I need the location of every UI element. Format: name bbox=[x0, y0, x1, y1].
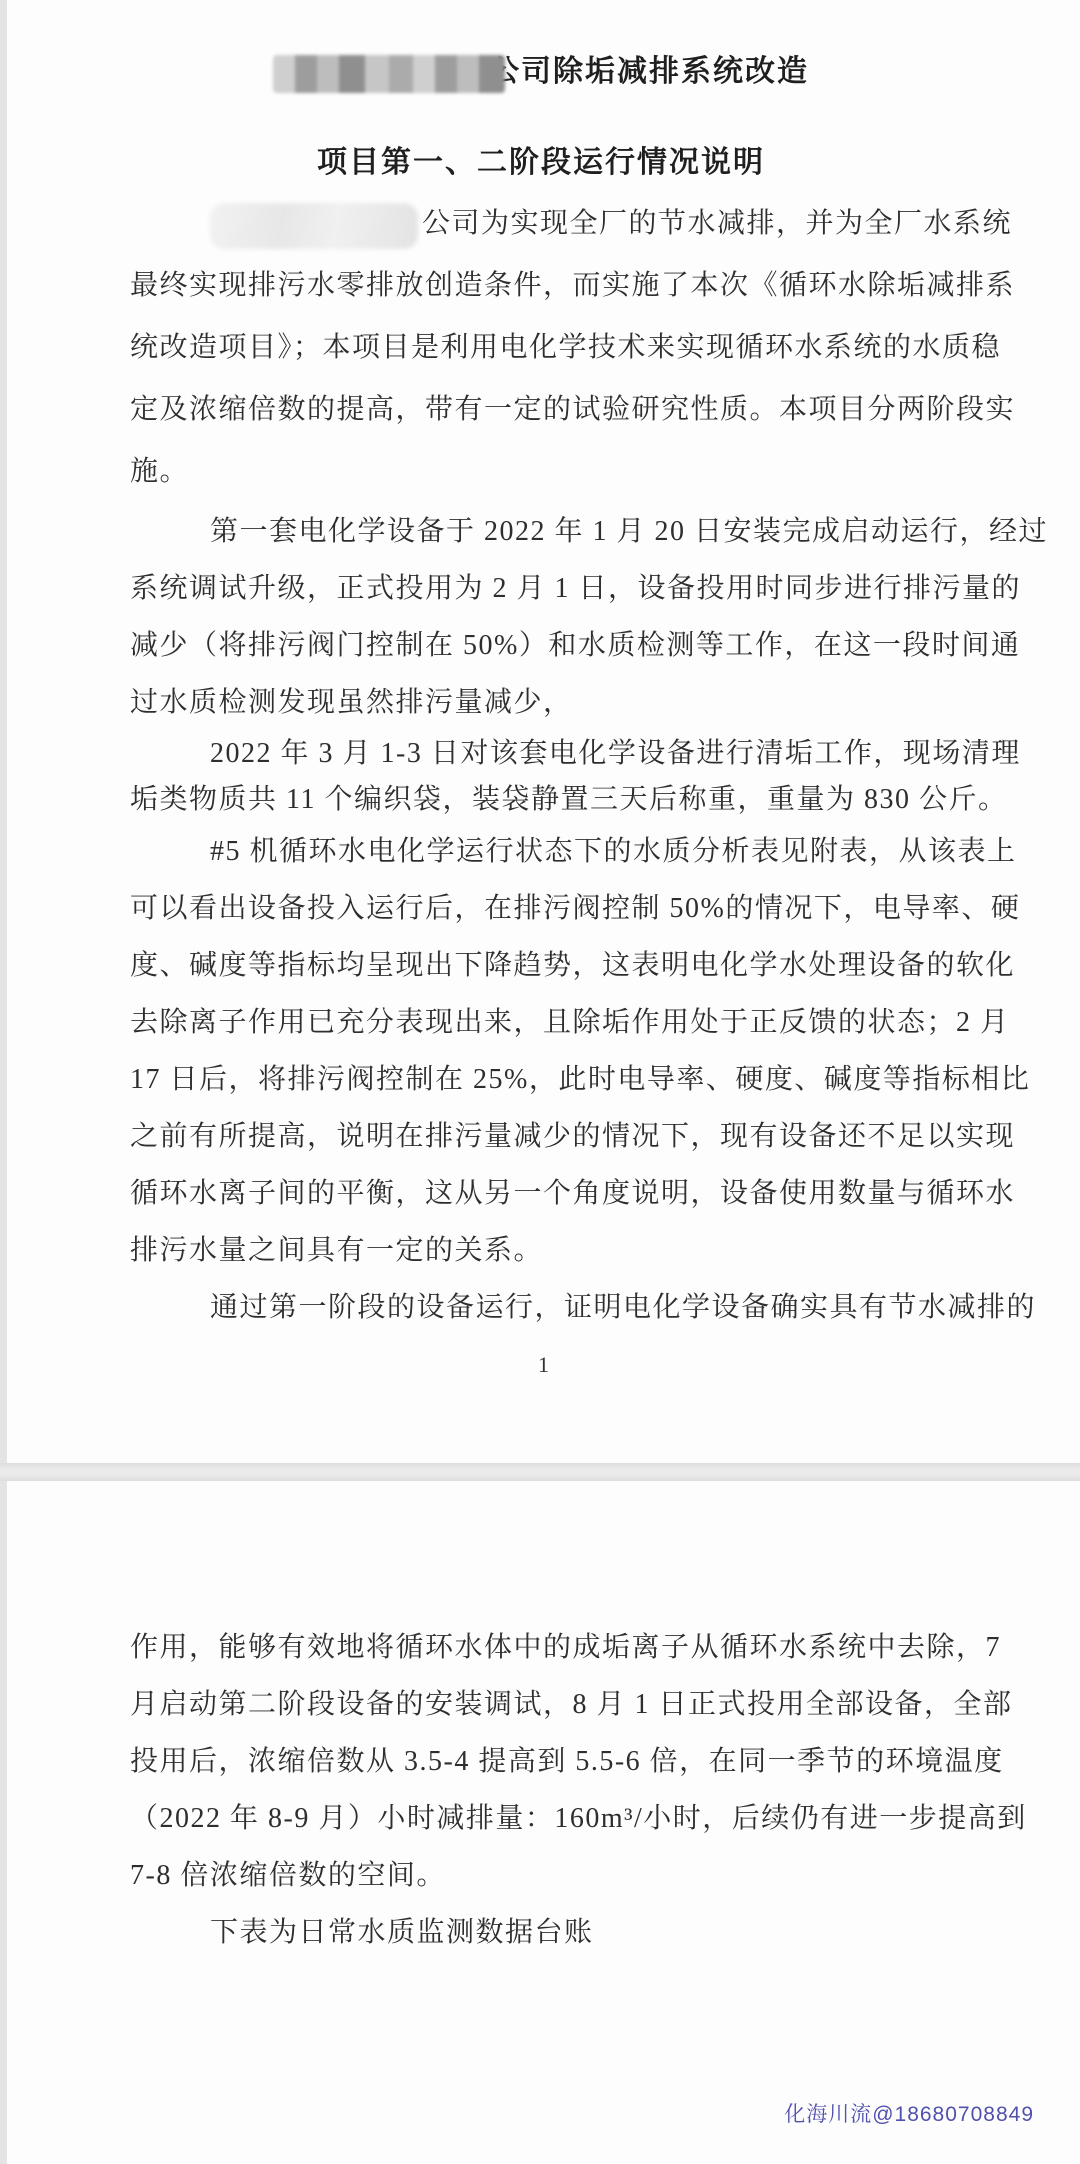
page-gap-divider bbox=[0, 1463, 1080, 1481]
text-line: 去除离子作用已充分表现出来，且除垢作用处于正反馈的状态；2 月 bbox=[130, 994, 952, 1051]
document-page-1: 公司除垢减排系统改造 项目第一、二阶段运行情况说明 公司为实现全厂的节水减排，并… bbox=[7, 0, 1080, 1463]
text-line: 系统调试升级，正式投用为 2 月 1 日，设备投用时同步进行排污量的 bbox=[130, 560, 952, 617]
text-line: 月启动第二阶段设备的安装调试，8 月 1 日正式投用全部设备，全部 bbox=[130, 1676, 952, 1733]
page-number: 1 bbox=[7, 1352, 1080, 1378]
text-line: 减少（将排污阀门控制在 50%）和水质检测等工作，在这一段时间通 bbox=[130, 617, 952, 674]
document-page-2: 作用，能够有效地将循环水体中的成垢离子从循环水系统中去除，7月启动第二阶段设备的… bbox=[7, 1481, 1080, 2164]
redacted-company-name-blur bbox=[210, 203, 418, 249]
page-2-body: 作用，能够有效地将循环水体中的成垢离子从循环水系统中去除，7月启动第二阶段设备的… bbox=[130, 1619, 952, 1961]
text-line: 7-8 倍浓缩倍数的空间。 bbox=[130, 1847, 952, 1904]
scanned-document-view: { "colors": { "paper": "#fdfdfd", "backg… bbox=[0, 0, 1080, 2164]
text-line: 过水质检测发现虽然排污量减少， bbox=[130, 674, 952, 731]
text-line: 定及浓缩倍数的提高，带有一定的试验研究性质。本项目分两阶段实 bbox=[130, 379, 952, 441]
document-title-line-2: 项目第一、二阶段运行情况说明 bbox=[130, 141, 952, 185]
text-line: 垢类物质共 11 个编织袋，装袋静置三天后称重，重量为 830 公斤。 bbox=[130, 777, 952, 823]
text-line: 循环水离子间的平衡，这从另一个角度说明，设备使用数量与循环水 bbox=[130, 1165, 952, 1222]
text-line: 第一套电化学设备于 2022 年 1 月 20 日安装完成启动运行，经过 bbox=[130, 503, 952, 560]
watermark-text: 化海川流@18680708849 bbox=[784, 2098, 1034, 2128]
text-line: 统改造项目》；本项目是利用电化学技术来实现循环水系统的水质稳 bbox=[130, 317, 952, 379]
text-line: 公司为实现全厂的节水减排，并为全厂水系统 bbox=[130, 193, 952, 255]
title-visible-text: 公司除垢减排系统改造 bbox=[489, 55, 809, 88]
text-line: 2022 年 3 月 1-3 日对该套电化学设备进行清垢工作，现场清理 bbox=[130, 731, 952, 777]
text-line: 下表为日常水质监测数据台账 bbox=[130, 1904, 952, 1961]
text-line: 施。 bbox=[130, 441, 952, 503]
redacted-company-name-blur bbox=[273, 55, 505, 93]
text-line: 通过第一阶段的设备运行，证明电化学设备确实具有节水减排的 bbox=[130, 1279, 952, 1336]
text-line: 之前有所提高，说明在排污量减少的情况下，现有设备还不足以实现 bbox=[130, 1108, 952, 1165]
text-line: （2022 年 8-9 月）小时减排量：160m³/小时，后续仍有进一步提高到 bbox=[130, 1790, 952, 1847]
text-line: 度、碱度等指标均呈现出下降趋势，这表明电化学水处理设备的软化 bbox=[130, 937, 952, 994]
text-line: 投用后，浓缩倍数从 3.5-4 提高到 5.5-6 倍，在同一季节的环境温度 bbox=[130, 1733, 952, 1790]
text-line: 17 日后，将排污阀控制在 25%，此时电导率、硬度、碱度等指标相比 bbox=[130, 1051, 952, 1108]
text-line: #5 机循环水电化学运行状态下的水质分析表见附表，从该表上 bbox=[130, 823, 952, 880]
text-line: 可以看出设备投入运行后，在排污阀控制 50%的情况下，电导率、硬 bbox=[130, 880, 952, 937]
page-1-body: 公司为实现全厂的节水减排，并为全厂水系统最终实现排污水零排放创造条件，而实施了本… bbox=[130, 193, 952, 1336]
text-line: 排污水量之间具有一定的关系。 bbox=[130, 1222, 952, 1279]
text-line: 作用，能够有效地将循环水体中的成垢离子从循环水系统中去除，7 bbox=[130, 1619, 952, 1676]
text-line: 最终实现排污水零排放创造条件，而实施了本次《循环水除垢减排系 bbox=[130, 255, 952, 317]
document-title-line-1: 公司除垢减排系统改造 bbox=[130, 50, 952, 94]
